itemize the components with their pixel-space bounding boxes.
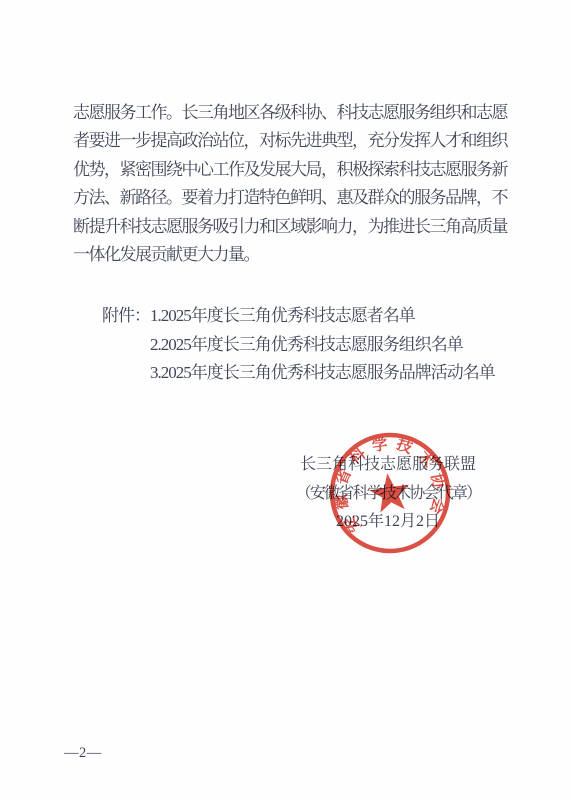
body-paragraph: 志愿服务工作。长三角地区各级科协、科技志愿服务组织和志愿 者要进一步提高政治站位… — [73, 99, 509, 269]
body-line: 断提升科技志愿服务吸引力和区域影响力，为推进长三角高质量 — [73, 213, 509, 241]
signature-date: 2025年12月2日 — [252, 508, 524, 537]
body-line: 方法、新路径。要着力打造特色鲜明、惠及群众的服务品牌，不 — [73, 184, 509, 212]
page-number: —2— — [64, 745, 102, 762]
signature-block: 长三角科技志愿服务联盟 （安徽省科学技术协会代章） 2025年12月2日 — [252, 451, 524, 537]
attachment-item: 3.2025年度长三角优秀科技志愿服务品牌活动名单 — [150, 363, 495, 382]
signature-org: 长三角科技志愿服务联盟 — [252, 451, 524, 480]
body-line: 志愿服务工作。长三角地区各级科协、科技志愿服务组织和志愿 — [73, 99, 509, 127]
signature-on-behalf: （安徽省科学技术协会代章） — [252, 480, 524, 509]
document-page: 志愿服务工作。长三角地区各级科协、科技志愿服务组织和志愿 者要进一步提高政治站位… — [0, 0, 572, 798]
attachment-row: 3.2025年度长三角优秀科技志愿服务品牌活动名单 — [150, 359, 495, 388]
attachments-list: 附件：1.2025年度长三角优秀科技志愿者名单 2.2025年度长三角优秀科技志… — [102, 302, 495, 388]
attachment-item: 2.2025年度长三角优秀科技志愿服务组织名单 — [150, 335, 463, 354]
attachment-item: 1.2025年度长三角优秀科技志愿者名单 — [150, 306, 415, 325]
attachment-row: 附件：1.2025年度长三角优秀科技志愿者名单 — [102, 302, 495, 331]
body-line: 者要进一步提高政治站位，对标先进典型，充分发挥人才和组织 — [73, 127, 509, 155]
attachment-row: 2.2025年度长三角优秀科技志愿服务组织名单 — [150, 331, 495, 360]
body-line: 优势，紧密围绕中心工作及发展大局，积极探索科技志愿服务新 — [73, 156, 509, 184]
body-line: 一体化发展贡献更大力量。 — [73, 241, 509, 269]
attachments-label: 附件： — [102, 302, 150, 331]
